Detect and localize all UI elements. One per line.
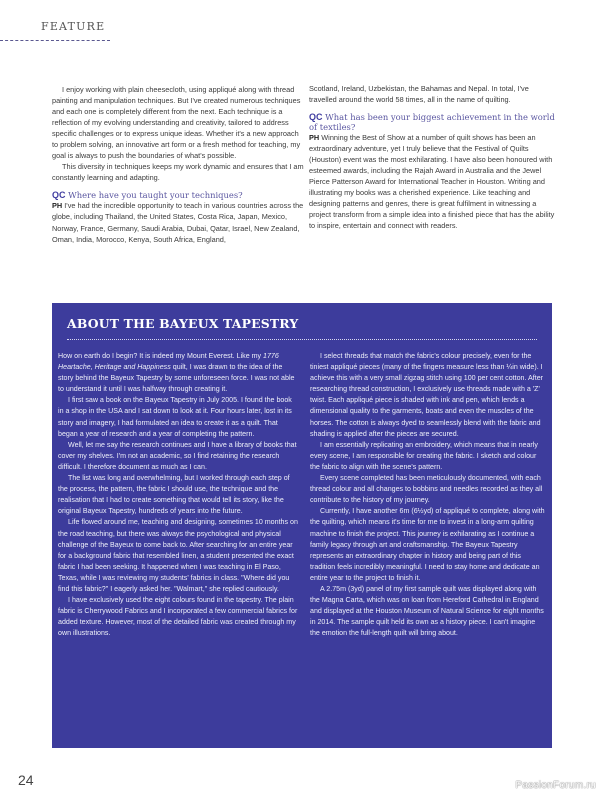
question-heading: QC Where have you taught your techniques… xyxy=(52,190,304,200)
left-column: I enjoy working with plain cheesecloth, … xyxy=(52,84,304,245)
question-text: What has been your biggest achievement i… xyxy=(309,112,555,132)
paragraph: How on earth do I begin? It is indeed my… xyxy=(58,351,298,395)
question-heading: QC What has been your biggest achievemen… xyxy=(309,112,557,132)
paragraph: I first saw a book on the Bayeux Tapestr… xyxy=(58,395,298,439)
answer-tag: PH xyxy=(52,201,62,210)
answer-text: Winning the Best of Show at a number of … xyxy=(309,133,554,230)
paragraph: I select threads that match the fabric's… xyxy=(310,351,546,440)
paragraph: Well, let me say the research continues … xyxy=(58,440,298,473)
right-column: Scotland, Ireland, Uzbekistan, the Baham… xyxy=(309,83,557,232)
section-label: FEATURE xyxy=(41,20,105,33)
watermark: PassionForum.ru xyxy=(515,780,596,791)
sidebar-box: ABOUT THE BAYEUX TAPESTRY How on earth d… xyxy=(52,303,552,748)
page-number: 24 xyxy=(18,772,34,788)
answer-text: I've had the incredible opportunity to t… xyxy=(52,201,303,243)
box-left-column: How on earth do I begin? It is indeed my… xyxy=(58,351,298,639)
paragraph: I have exclusively used the eight colour… xyxy=(58,595,298,639)
paragraph: Scotland, Ireland, Uzbekistan, the Baham… xyxy=(309,83,557,105)
paragraph: I am essentially replicating an embroide… xyxy=(310,440,546,473)
answer: PH I've had the incredible opportunity t… xyxy=(52,200,304,244)
paragraph: The list was long and overwhelming, but … xyxy=(58,473,298,517)
question-tag: QC xyxy=(309,112,323,122)
paragraph: I enjoy working with plain cheesecloth, … xyxy=(52,84,304,161)
paragraph: This diversity in techniques keeps my wo… xyxy=(52,161,304,183)
answer: PH Winning the Best of Show at a number … xyxy=(309,132,557,231)
paragraph: Currently, I have another 6m (6½yd) of a… xyxy=(310,506,546,584)
box-right-column: I select threads that match the fabric's… xyxy=(310,351,546,639)
paragraph: Life flowed around me, teaching and desi… xyxy=(58,517,298,595)
box-divider xyxy=(67,339,537,340)
question-text: Where have you taught your techniques? xyxy=(68,190,243,200)
paragraph: A 2.75m (3yd) panel of my first sample q… xyxy=(310,584,546,639)
box-title: ABOUT THE BAYEUX TAPESTRY xyxy=(67,316,298,331)
question-tag: QC xyxy=(52,190,66,200)
section-divider xyxy=(0,40,110,41)
paragraph: Every scene completed has been meticulou… xyxy=(310,473,546,506)
answer-tag: PH xyxy=(309,133,319,142)
